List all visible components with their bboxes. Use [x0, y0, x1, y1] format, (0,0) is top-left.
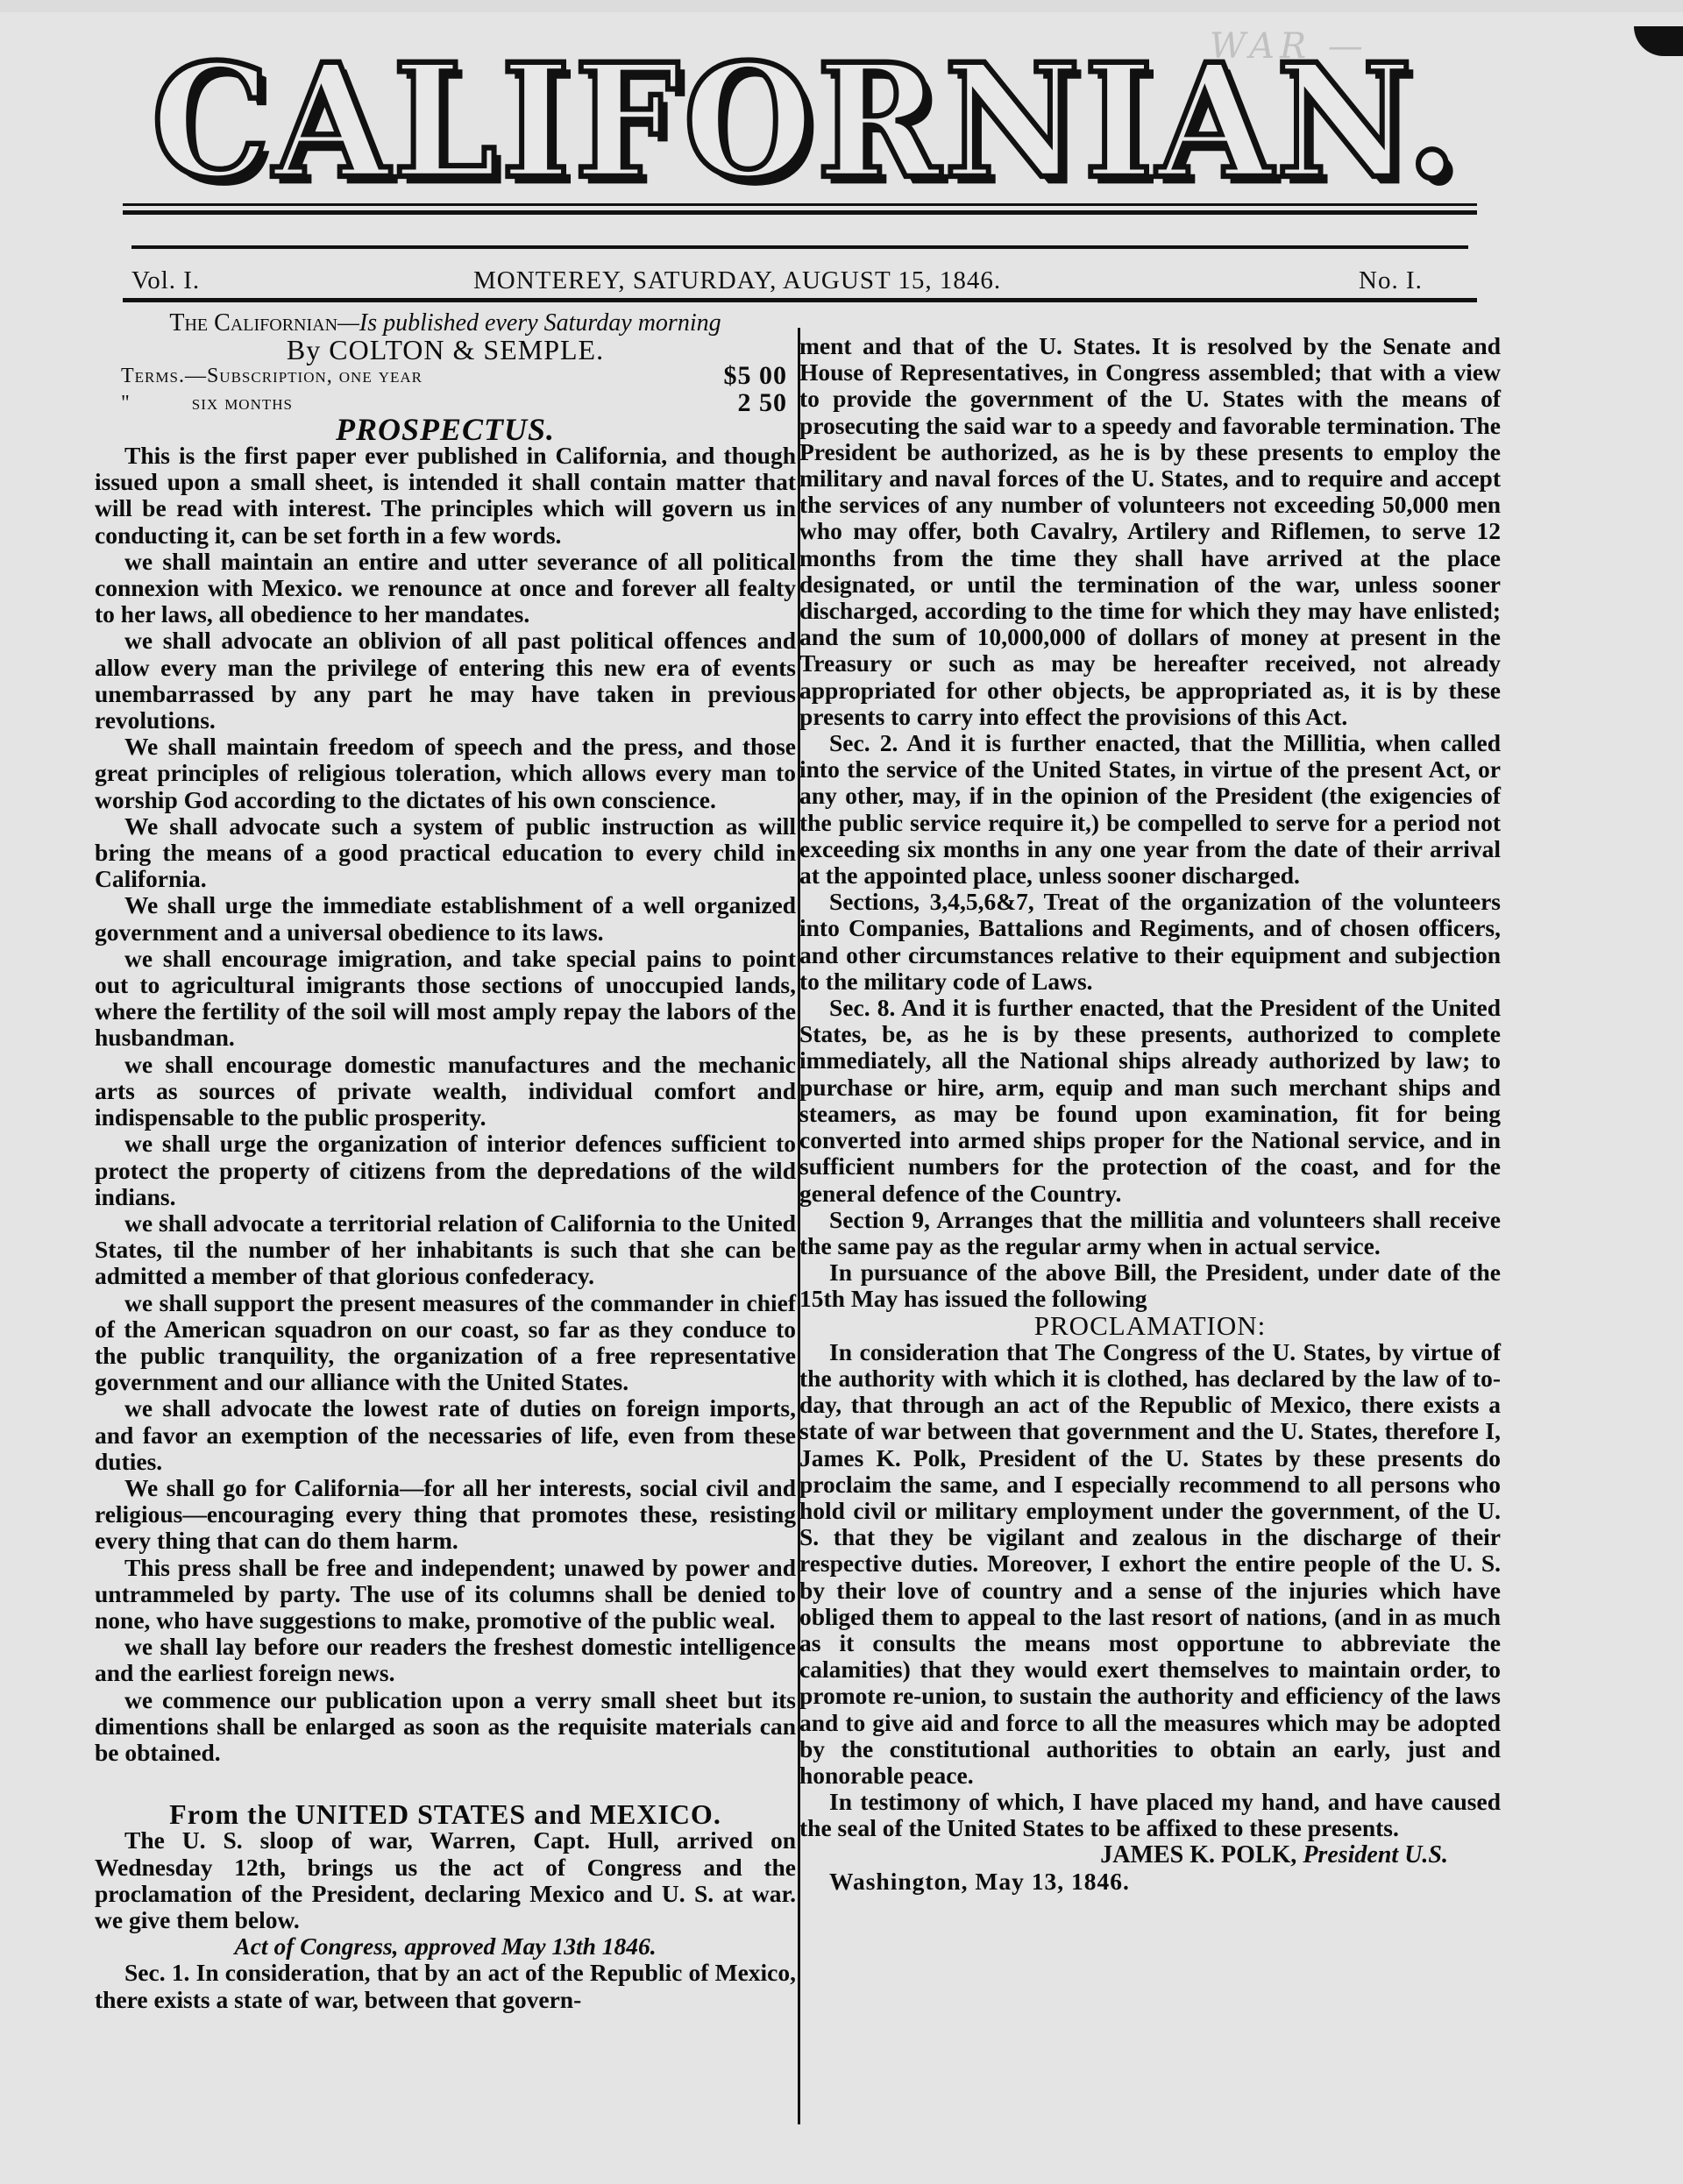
- signature-place-date: Washington, May 13, 1846.: [799, 1868, 1501, 1895]
- terms-price: 2 50: [738, 390, 788, 416]
- act-section: Sections, 3,4,5,6&7, Treat of the organi…: [799, 889, 1501, 995]
- prospectus-paragraph: we shall advocate the lowest rate of dut…: [95, 1395, 796, 1475]
- prospectus-paragraph: This is the first paper ever published i…: [95, 443, 796, 549]
- act-section: Sec. 2. And it is further enacted, that …: [799, 730, 1501, 889]
- masthead-rule-thick: [123, 210, 1477, 215]
- prospectus-paragraph: we shall encourage domestic manufactures…: [95, 1052, 796, 1131]
- scan-top-strip: [0, 0, 1683, 12]
- terms-price: $5 00: [724, 363, 788, 389]
- act-section: In pursuance of the above Bill, the Pres…: [799, 1259, 1501, 1312]
- proclamation-paragraph: In consideration that The Congress of th…: [799, 1339, 1501, 1789]
- prospectus-paragraph: We shall urge the immediate establishmen…: [95, 892, 796, 945]
- publication-note: The Californian—Is published every Satur…: [95, 310, 796, 337]
- act-section: Sec. 8. And it is further enacted, that …: [799, 995, 1501, 1207]
- issue-number: No. I.: [1359, 266, 1423, 295]
- dateline-rule-top: [131, 245, 1468, 249]
- right-column: ment and that of the U. States. It is re…: [799, 333, 1501, 1895]
- issue-date: MONTEREY, SATURDAY, AUGUST 15, 1846.: [473, 266, 1001, 295]
- prospectus-paragraph: We shall go for California—for all her i…: [95, 1475, 796, 1555]
- act-paragraph: ment and that of the U. States. It is re…: [799, 333, 1501, 730]
- volume-label: Vol. I.: [131, 266, 200, 295]
- dateline: Vol. I. MONTEREY, SATURDAY, AUGUST 15, 1…: [123, 266, 1481, 301]
- prospectus-paragraph: we shall lay before our readers the fres…: [95, 1634, 796, 1686]
- dateline-rule-bottom: [123, 298, 1477, 302]
- act-paragraph: Sec. 1. In consideration, that by an act…: [95, 1960, 796, 2012]
- masthead: CALIFORNIAN.: [123, 47, 1490, 196]
- prospectus-paragraph: we shall advocate an oblivion of all pas…: [95, 628, 796, 734]
- prospectus-paragraph: This press shall be free and independent…: [95, 1555, 796, 1634]
- masthead-rule-thin: [123, 203, 1477, 206]
- signature-name: JAMES K. POLK,: [1100, 1841, 1296, 1868]
- left-column: The Californian—Is published every Satur…: [95, 310, 796, 2013]
- newspaper-page: WAR — CALIFORNIAN. Vol. I. MONTEREY, SAT…: [0, 12, 1683, 2184]
- terms-label: Terms.—Subscription, one year: [121, 363, 423, 389]
- prospectus-paragraph: we shall urge the organization of interi…: [95, 1131, 796, 1210]
- prospectus-paragraph: we shall support the present measures of…: [95, 1290, 796, 1396]
- prospectus-paragraph: We shall maintain freedom of speech and …: [95, 734, 796, 813]
- prospectus-paragraph: We shall advocate such a system of publi…: [95, 813, 796, 893]
- newspaper-title: CALIFORNIAN.: [152, 44, 1462, 201]
- prospectus-paragraph: we shall encourage imigration, and take …: [95, 946, 796, 1052]
- act-heading: Act of Congress, approved May 13th 1846.: [95, 1933, 796, 1960]
- publishers: By COLTON & SEMPLE.: [95, 337, 796, 363]
- proclamation-paragraph: In testimony of which, I have placed my …: [799, 1789, 1501, 1841]
- act-section: Section 9, Arranges that the millitia an…: [799, 1207, 1501, 1259]
- signature-title: President U.S.: [1303, 1841, 1448, 1868]
- ink-blot: [1634, 26, 1683, 56]
- news-paragraph: The U. S. sloop of war, Warren, Capt. Hu…: [95, 1827, 796, 1933]
- prospectus-paragraph: we commence our publication upon a verry…: [95, 1687, 796, 1767]
- proclamation-heading: PROCLAMATION:: [799, 1313, 1501, 1339]
- prospectus-paragraph: we shall maintain an entire and utter se…: [95, 549, 796, 628]
- news-heading: From the UNITED STATES and MEXICO.: [95, 1801, 796, 1827]
- terms-label: " six months: [121, 390, 293, 416]
- prospectus-heading: PROSPECTUS.: [95, 416, 796, 443]
- signature: JAMES K. POLK, President U.S.: [799, 1842, 1501, 1868]
- prospectus-paragraph: we shall advocate a territorial relation…: [95, 1210, 796, 1290]
- terms-row: Terms.—Subscription, one year $5 00: [95, 363, 796, 389]
